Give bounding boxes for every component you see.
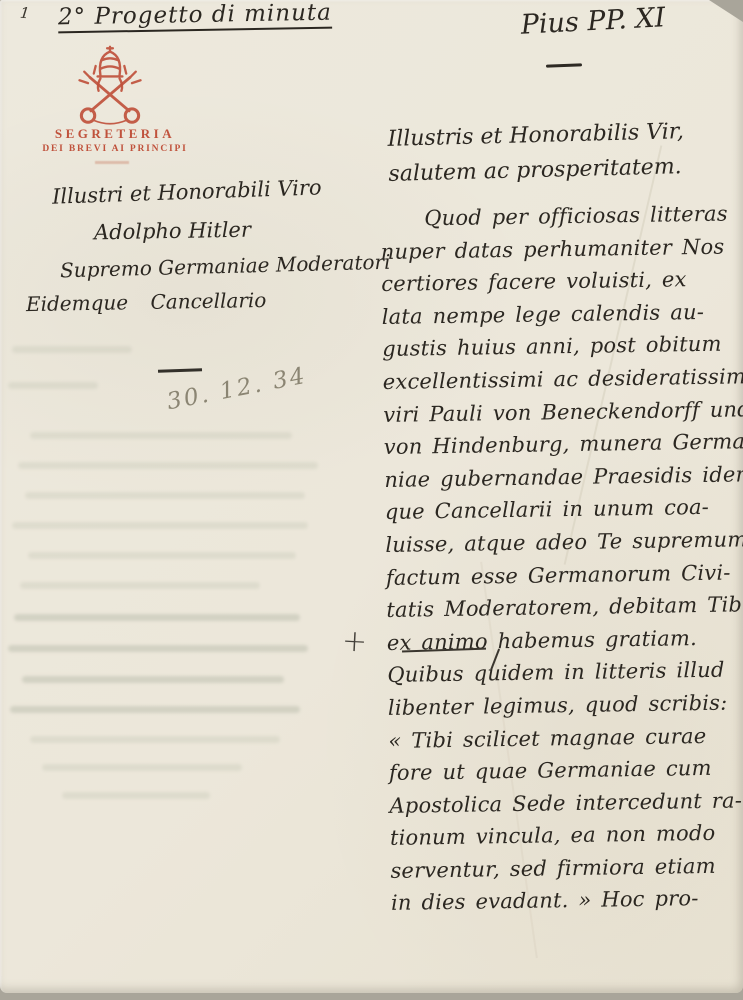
letterhead-office-line1: SEGRETERIA xyxy=(30,126,200,142)
salutation: Illustris et Honorabilis Vir, salutem ac… xyxy=(387,114,685,192)
recipient-line: Eidemque Cancellario xyxy=(26,288,267,316)
draft-title: 2° Progetto di minuta xyxy=(58,0,332,30)
letter-line: serventur, sed firmiora etiam xyxy=(390,850,743,888)
letter-line: tionum vincula, ea non modo xyxy=(390,818,743,856)
letter-line-rest: habemus gratiam. xyxy=(488,626,698,653)
dash-mark xyxy=(546,63,582,67)
margin-plus-mark: + xyxy=(341,623,368,659)
dash-mark xyxy=(158,368,202,372)
recipient-line: Adolpho Hitler xyxy=(94,218,251,245)
manuscript-page: 1 2° Progetto di minuta xyxy=(0,0,743,993)
recipient-line: Supremo Germaniae Moderatori xyxy=(60,250,391,283)
letter-line: in dies evadant. » Hoc pro- xyxy=(391,883,743,921)
author-heading: Pius PP. XI xyxy=(487,1,698,43)
salutation-line: salutem ac prosperitatem. xyxy=(388,149,685,192)
letter-body: Quod per officiosas litteras nuper datas… xyxy=(380,198,743,921)
papal-tiara-crossed-keys-icon xyxy=(62,44,158,132)
letterhead-office-line2: DEI BREVI AI PRINCIPI xyxy=(20,144,210,154)
letter-line: Apostolica Sede intercedunt ra- xyxy=(389,785,743,823)
archival-corner-mark: 1 xyxy=(19,4,30,23)
photo-corner xyxy=(709,0,743,22)
struck-text: ex animo xyxy=(387,626,488,658)
letterhead-small-rule xyxy=(95,161,129,164)
recipient-line: Illustri et Honorabili Viro xyxy=(52,175,322,208)
letter-line: fore ut quae Germaniae cum xyxy=(389,752,743,790)
